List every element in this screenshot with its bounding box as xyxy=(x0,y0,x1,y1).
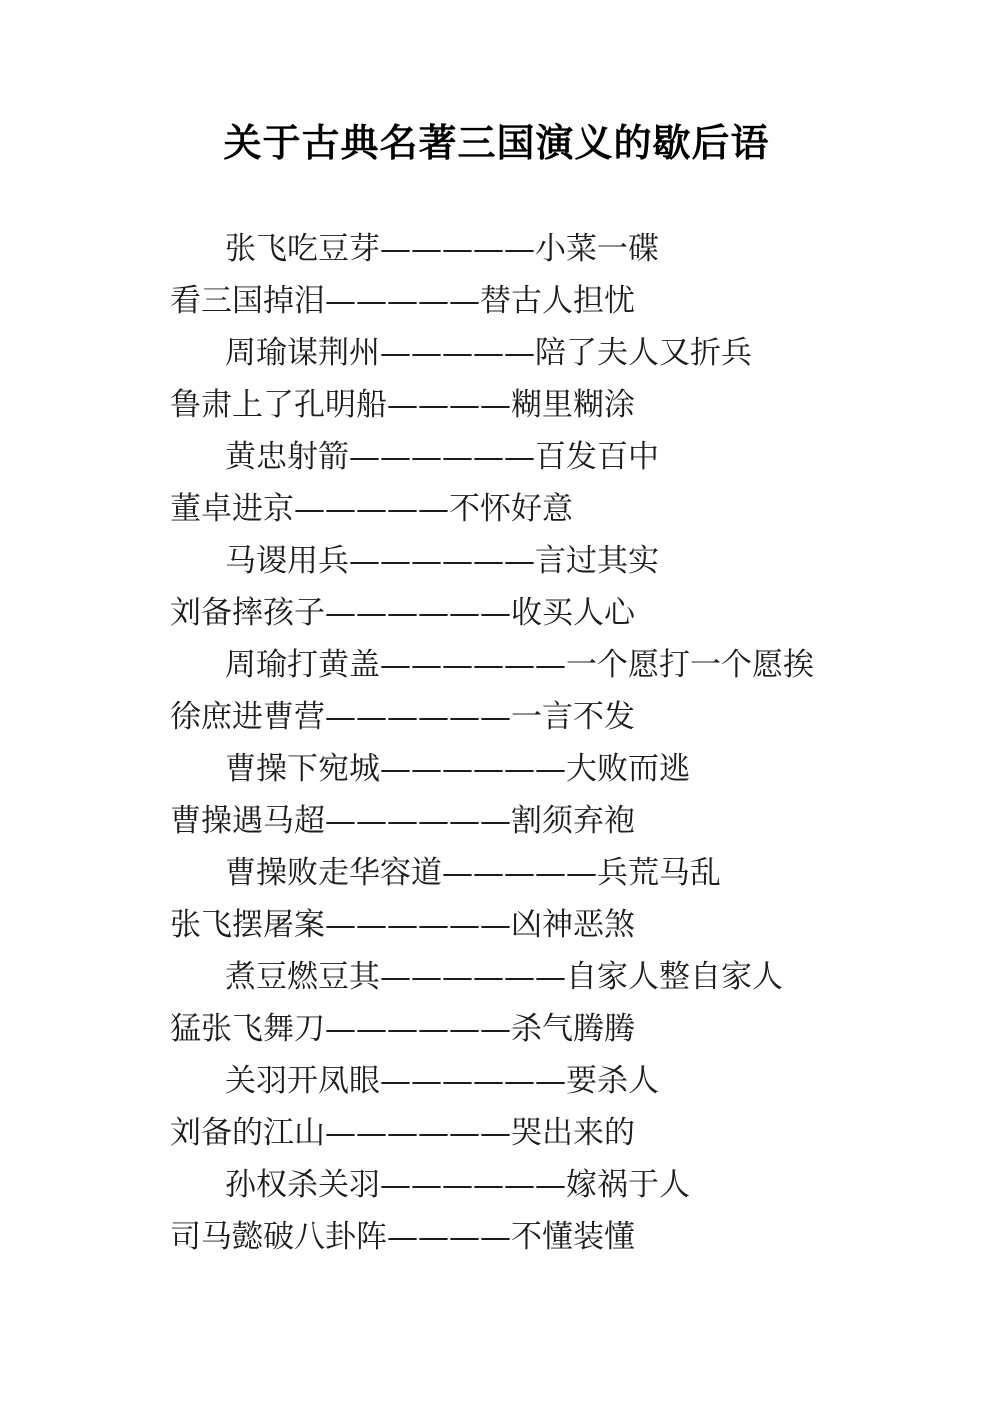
saying-line: 周瑜打黄盖——————一个愿打一个愿挨 xyxy=(170,639,993,691)
document-page: 关于古典名著三国演义的歇后语 张飞吃豆芽—————小菜一碟 看三国掉泪—————… xyxy=(0,0,993,1404)
saying-line: 曹操败走华容道—————兵荒马乱 xyxy=(170,847,993,899)
sayings-list: 张飞吃豆芽—————小菜一碟 看三国掉泪—————替古人担忧 周瑜谋荆州————… xyxy=(0,223,993,1263)
saying-line: 张飞摆屠案——————凶神恶煞 xyxy=(170,899,993,951)
saying-line: 马谡用兵——————言过其实 xyxy=(170,535,993,587)
saying-line: 孙权杀关羽——————嫁祸于人 xyxy=(170,1159,993,1211)
saying-line: 董卓进京—————不怀好意 xyxy=(170,483,993,535)
saying-line: 关羽开凤眼——————要杀人 xyxy=(170,1055,993,1107)
saying-line: 刘备摔孩子——————收买人心 xyxy=(170,587,993,639)
saying-line: 司马懿破八卦阵————不懂装懂 xyxy=(170,1211,993,1263)
saying-line: 张飞吃豆芽—————小菜一碟 xyxy=(170,223,993,275)
saying-line: 看三国掉泪—————替古人担忧 xyxy=(170,275,993,327)
saying-line: 黄忠射箭——————百发百中 xyxy=(170,431,993,483)
saying-line: 周瑜谋荆州—————陪了夫人又折兵 xyxy=(170,327,993,379)
page-title: 关于古典名著三国演义的歇后语 xyxy=(0,0,993,167)
saying-line: 曹操遇马超——————割须弃袍 xyxy=(170,795,993,847)
saying-line: 猛张飞舞刀——————杀气腾腾 xyxy=(170,1003,993,1055)
saying-line: 煮豆燃豆其——————自家人整自家人 xyxy=(170,951,993,1003)
saying-line: 鲁肃上了孔明船————糊里糊涂 xyxy=(170,379,993,431)
saying-line: 徐庶进曹营——————一言不发 xyxy=(170,691,993,743)
saying-line: 刘备的江山——————哭出来的 xyxy=(170,1107,993,1159)
saying-line: 曹操下宛城——————大败而逃 xyxy=(170,743,993,795)
